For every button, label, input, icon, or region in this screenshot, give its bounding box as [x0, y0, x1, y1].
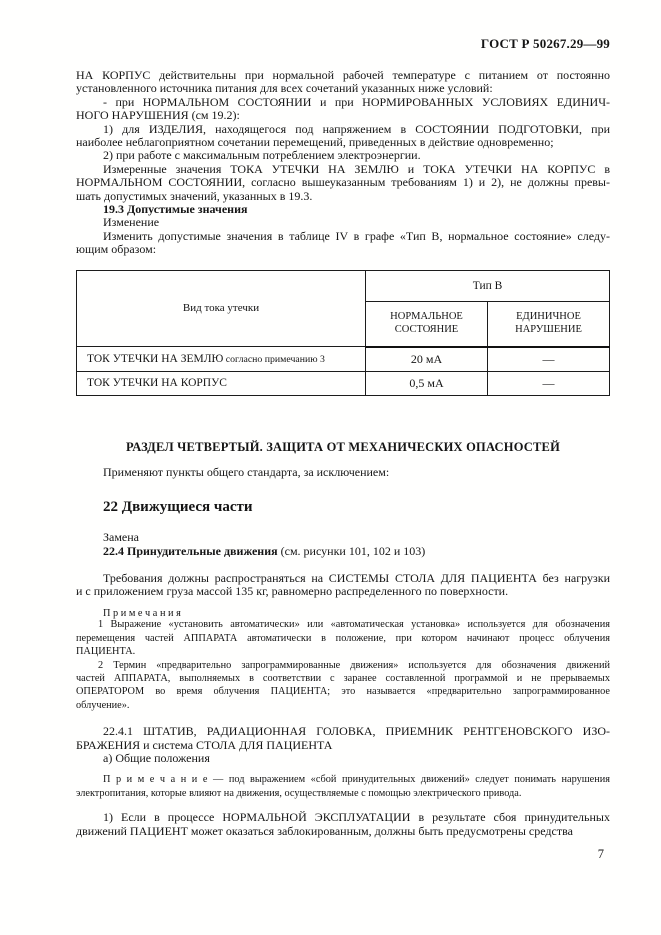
- heading-19-3: 19.3 Допустимые значения: [76, 203, 610, 216]
- text-line: - при НОРМАЛЬНОМ СОСТОЯНИИ и при НОРМИРО…: [76, 96, 610, 109]
- text-line: частей АППАРАТА, выполняемых в соответст…: [76, 673, 610, 686]
- text-line: установленного источника питания для все…: [76, 82, 610, 95]
- notes-block: П р и м е ч а н и я 1 Выражение «установ…: [76, 608, 610, 713]
- table-cell-normal-value: 20 мА: [366, 347, 488, 372]
- leakage-current-table: Вид тока утечки Тип В НОРМАЛЬНОЕ СОСТОЯН…: [76, 270, 610, 396]
- text-line: БРАЖЕНИЯ и система СТОЛА ДЛЯ ПАЦИЕНТА: [76, 739, 610, 752]
- text-line: Изменить допустимые значения в таблице I…: [76, 230, 610, 243]
- paragraph-izmerennye: Измеренные значения ТОКА УТЕЧКИ НА ЗЕМЛЮ…: [76, 163, 610, 203]
- leakage-kind-note: согласно примечанию 3: [223, 354, 325, 365]
- heading-22-4: 22.4 Принудительные движения (см. рисунк…: [76, 545, 610, 558]
- text-line: облучение».: [76, 700, 610, 713]
- text-line: перемещения частей АППАРАТА автоматическ…: [76, 633, 610, 646]
- heading-22-4-figures-ref: (см. рисунки 101, 102 и 103): [278, 544, 426, 558]
- note-sboy-text: П р и м е ч а н и е — под выражением «сб…: [76, 774, 610, 801]
- paragraph-obshchie-polozheniya: а) Общие положения: [76, 752, 610, 765]
- table-col-header-kind: Вид тока утечки: [77, 270, 366, 347]
- replacement-block: Замена 22.4 Принудительные движения (см.…: [76, 531, 610, 558]
- table-cell-fault-value: —: [488, 347, 610, 372]
- text-line: Измеренные значения ТОКА УТЕЧКИ НА ЗЕМЛЮ…: [76, 163, 610, 176]
- paragraph-izmenenie: Изменение: [76, 216, 610, 229]
- table-header-row-group: Вид тока утечки Тип В: [77, 270, 610, 301]
- text-line: наиболее неблагоприятном сочетании перем…: [76, 136, 610, 149]
- text-line: НОРМАЛЬНОМ СОСТОЯНИИ, согласно вышеуказа…: [76, 176, 610, 189]
- leakage-kind-text: ТОК УТЕЧКИ НА КОРПУС: [87, 377, 227, 389]
- text-line: НА КОРПУС действительны при нормальной р…: [76, 69, 610, 82]
- table-cell-label: ТОК УТЕЧКИ НА КОРПУС: [77, 371, 366, 395]
- clause-22-4-1-block: 22.4.1 ШТАТИВ, РАДИАЦИОННАЯ ГОЛОВКА, ПРИ…: [76, 725, 610, 765]
- heading-22-4-title: 22.4 Принудительные движения: [103, 544, 278, 558]
- note-sboy: П р и м е ч а н и е — под выражением «сб…: [76, 774, 610, 801]
- paragraph-22-4-1: 22.4.1 ШТАТИВ, РАДИАЦИОННАЯ ГОЛОВКА, ПРИ…: [76, 725, 610, 752]
- paragraph-izmenit: Изменить допустимые значения в таблице I…: [76, 230, 610, 257]
- notes-header: П р и м е ч а н и я: [76, 608, 610, 620]
- table-cell-normal-value: 0,5 мА: [366, 371, 488, 395]
- section-four-heading: РАЗДЕЛ ЧЕТВЕРТЫЙ. ЗАЩИТА ОТ МЕХАНИЧЕСКИХ…: [76, 440, 610, 455]
- paragraph-primenyayut: Применяют пункты общего стандарта, за ис…: [76, 466, 610, 479]
- text-line: движений ПАЦИЕНТ может оказаться заблоки…: [76, 825, 610, 838]
- text-line: ПАЦИЕНТА.: [76, 646, 610, 659]
- text-line: шать допустимых значений, указанных в 19…: [76, 190, 610, 203]
- text-line: П р и м е ч а н и е — под выражением «сб…: [76, 774, 610, 787]
- leakage-kind-text: ТОК УТЕЧКИ НА ЗЕМЛЮ: [87, 353, 223, 365]
- text-line: 1) для ИЗДЕЛИЯ, находящегося под напряже…: [76, 123, 610, 136]
- text-line: 22.4.1 ШТАТИВ, РАДИАЦИОННАЯ ГОЛОВКА, ПРИ…: [76, 725, 610, 738]
- table-cell-fault-value: —: [488, 371, 610, 395]
- note-2: 2 Термин «предварительно запрограммирова…: [76, 660, 610, 714]
- table-col-header-normal: НОРМАЛЬНОЕ СОСТОЯНИЕ: [366, 301, 488, 347]
- table-cell-label: ТОК УТЕЧКИ НА ЗЕМЛЮ согласно примечанию …: [77, 347, 366, 372]
- text-line: ОПЕРАТОРОМ во время облучения ПАЦИЕНТА; …: [76, 686, 610, 699]
- text-line: 2 Термин «предварительно запрограммирова…: [76, 660, 610, 673]
- text-line: НОГО НАРУШЕНИЯ (см 19.2):: [76, 109, 610, 122]
- paragraph-esli: 1) Если в процессе НОРМАЛЬНОЙ ЭКСПЛУАТАЦ…: [76, 811, 610, 838]
- table-row-earth-leakage: ТОК УТЕЧКИ НА ЗЕМЛЮ согласно примечанию …: [77, 347, 610, 372]
- text-line: электропитания, которые влияют на движен…: [76, 788, 610, 801]
- text-line: 1) Если в процессе НОРМАЛЬНОЙ ЭКСПЛУАТАЦ…: [76, 811, 610, 824]
- page-content: ГОСТ Р 50267.29—99 НА КОРПУС действитель…: [76, 36, 610, 862]
- note-1: 1 Выражение «установить автоматически» и…: [76, 619, 610, 659]
- heading-22-moving-parts: 22 Движущиеся части: [76, 498, 610, 516]
- text-line: 1 Выражение «установить автоматически» и…: [76, 619, 610, 632]
- table-col-header-type-b: Тип В: [366, 270, 610, 301]
- intro-text-block: НА КОРПУС действительны при нормальной р…: [76, 69, 610, 257]
- text-line: Требования должны распространяться на СИ…: [76, 572, 610, 585]
- paragraph-pri-normalnom: - при НОРМАЛЬНОМ СОСТОЯНИИ и при НОРМИРО…: [76, 96, 610, 123]
- page-number: 7: [76, 847, 610, 862]
- table-row-enclosure-leakage: ТОК УТЕЧКИ НА КОРПУС 0,5 мА —: [77, 371, 610, 395]
- paragraph-dlya-izdeliya: 1) для ИЗДЕЛИЯ, находящегося под напряже…: [76, 123, 610, 150]
- table-col-header-fault: ЕДИНИЧНОЕ НАРУШЕНИЕ: [488, 301, 610, 347]
- text-line: 2) при работе с максимальным потребление…: [76, 149, 610, 162]
- document-page: ГОСТ Р 50267.29—99 НА КОРПУС действитель…: [0, 0, 661, 935]
- text-line: и с приложением груза массой 135 кг, рав…: [76, 585, 610, 598]
- paragraph-na-korpus: НА КОРПУС действительны при нормальной р…: [76, 69, 610, 96]
- text-line: ющим образом:: [76, 243, 610, 256]
- paragraph-zamena: Замена: [76, 531, 610, 544]
- paragraph-pri-rabote: 2) при работе с максимальным потребление…: [76, 149, 610, 162]
- paragraph-trebovaniya: Требования должны распространяться на СИ…: [76, 572, 610, 599]
- doc-number: ГОСТ Р 50267.29—99: [76, 36, 610, 52]
